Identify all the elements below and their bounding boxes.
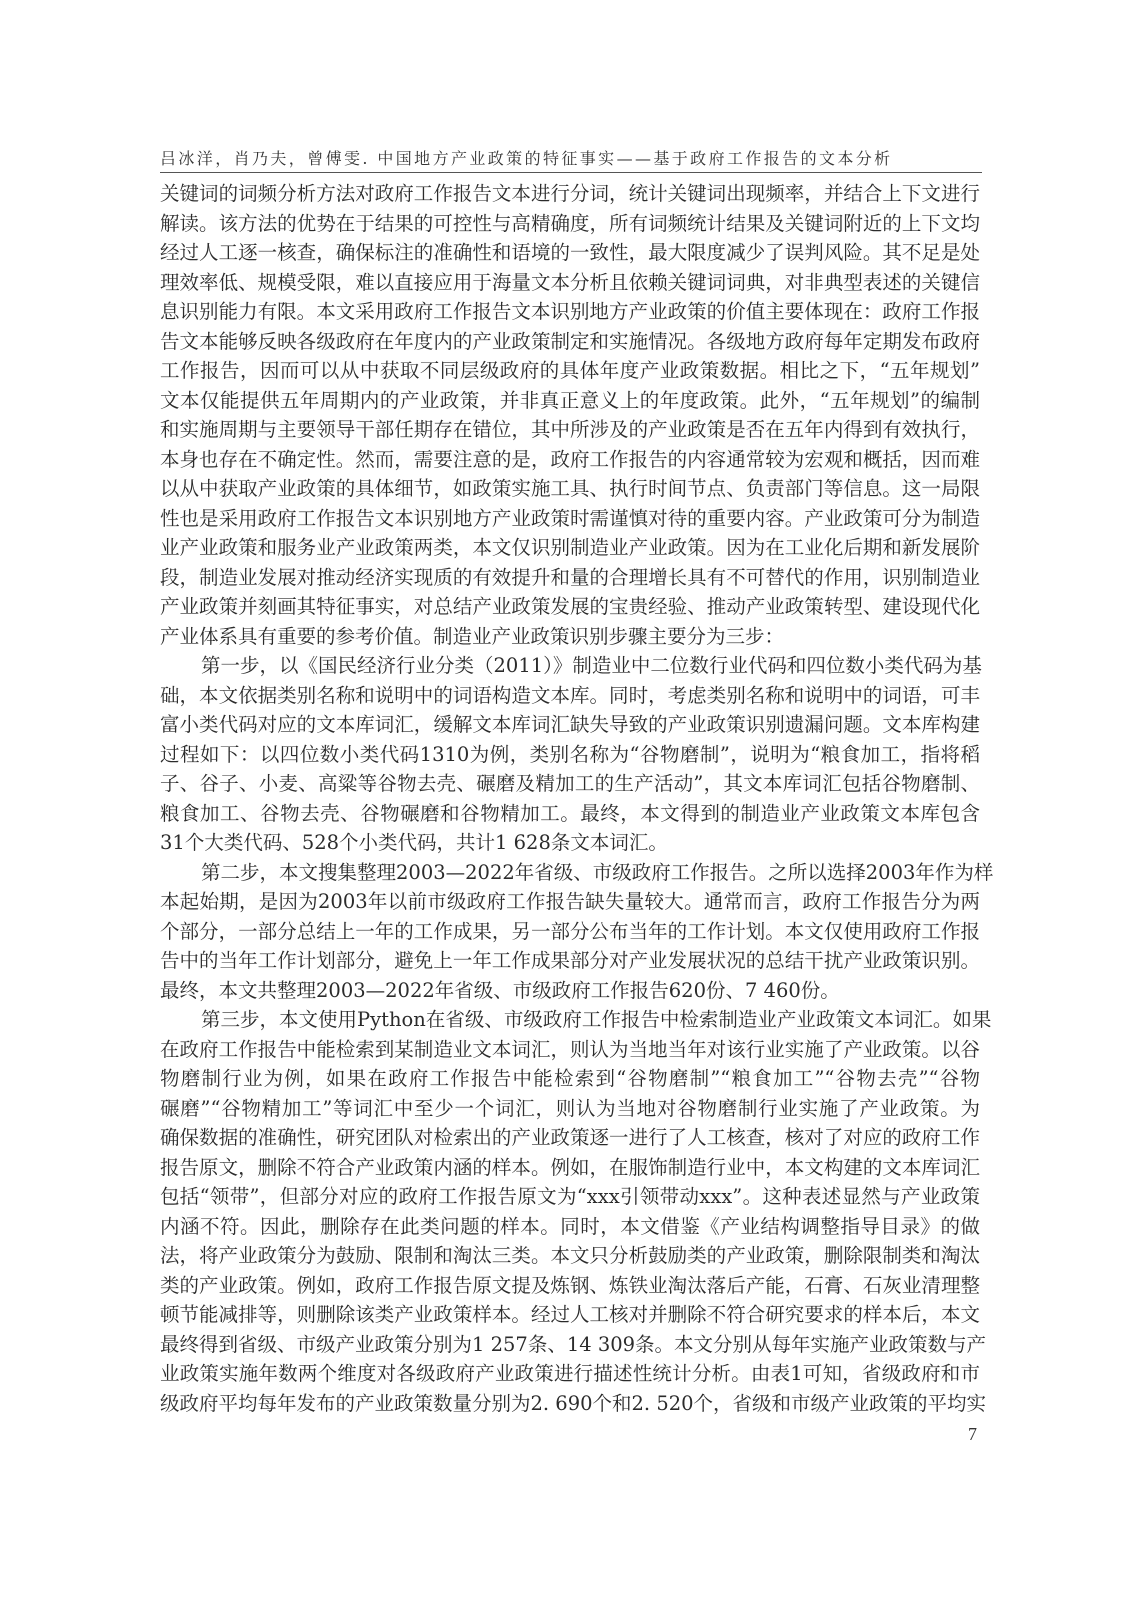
text-line: 最终，本文共整理2003—2022年省级、市级政府工作报告620份、7 460份… bbox=[160, 976, 980, 1006]
text-line: 包括“领带”，但部分对应的政府工作报告原文为“xxx引领带动xxx”。这种表述显… bbox=[160, 1182, 980, 1212]
text-line: 碾磨”“谷物精加工”等词汇中至少一个词汇，则认为当地对谷物磨制行业实施了产业政策… bbox=[160, 1094, 980, 1124]
text-line: 最终得到省级、市级产业政策分别为1 257条、14 309条。本文分别从每年实施… bbox=[160, 1330, 980, 1360]
text-line: 业产业政策和服务业产业政策两类，本文仅识别制造业产业政策。因为在工业化后期和新发… bbox=[160, 533, 980, 563]
text-line: 段，制造业发展对推动经济实现质的有效提升和量的合理增长具有不可替代的作用，识别制… bbox=[160, 563, 980, 593]
text-line: 告文本能够反映各级政府在年度内的产业政策制定和实施情况。各级地方政府每年定期发布… bbox=[160, 327, 980, 357]
text-line: 息识别能力有限。本文采用政府工作报告文本识别地方产业政策的价值主要体现在：政府工… bbox=[160, 297, 980, 327]
text-line: 产业体系具有重要的参考价值。制造业产业政策识别步骤主要分为三步： bbox=[160, 622, 980, 652]
paper-page: 吕冰洋，肖乃夫，曾傅雯. 中国地方产业政策的特征事实——基于政府工作报告的文本分… bbox=[0, 0, 1140, 1600]
text-line: 础，本文依据类别名称和说明中的词语构造文本库。同时，考虑类别名称和说明中的词语，… bbox=[160, 681, 980, 711]
text-line: 在政府工作报告中能检索到某制造业文本词汇，则认为当地当年对该行业实施了产业政策。… bbox=[160, 1035, 980, 1065]
text-line: 法，将产业政策分为鼓励、限制和淘汰三类。本文只分析鼓励类的产业政策，删除限制类和… bbox=[160, 1241, 980, 1271]
text-line: 工作报告，因而可以从中获取不同层级政府的具体年度产业政策数据。相比之下，“五年规… bbox=[160, 356, 980, 386]
header-rule bbox=[160, 172, 982, 173]
paragraph: 第三步，本文使用Python在省级、市级政府工作报告中检索制造业产业政策文本词汇… bbox=[160, 1005, 980, 1418]
running-head: 吕冰洋，肖乃夫，曾傅雯. 中国地方产业政策的特征事实——基于政府工作报告的文本分… bbox=[160, 146, 982, 169]
text-line: 富小类代码对应的文本库词汇，缓解文本库词汇缺失导致的产业政策识别遗漏问题。文本库… bbox=[160, 710, 980, 740]
text-line: 产业政策并刻画其特征事实，对总结产业政策发展的宝贵经验、推动产业政策转型、建设现… bbox=[160, 592, 980, 622]
text-line: 确保数据的准确性，研究团队对检索出的产业政策逐一进行了人工核查，核对了对应的政府… bbox=[160, 1123, 980, 1153]
text-line: 性也是采用政府工作报告文本识别地方产业政策时需谨慎对待的重要内容。产业政策可分为… bbox=[160, 504, 980, 534]
text-line: 本起始期，是因为2003年以前市级政府工作报告缺失量较大。通常而言，政府工作报告… bbox=[160, 887, 980, 917]
text-line: 和实施周期与主要领导干部任期存在错位，其中所涉及的产业政策是否在五年内得到有效执… bbox=[160, 415, 980, 445]
text-line: 本身也存在不确定性。然而，需要注意的是，政府工作报告的内容通常较为宏观和概括，因… bbox=[160, 445, 980, 475]
paragraph: 关键词的词频分析方法对政府工作报告文本进行分词，统计关键词出现频率，并结合上下文… bbox=[160, 179, 980, 651]
page-number: 7 bbox=[968, 1424, 977, 1445]
text-line: 子、谷子、小麦、高粱等谷物去壳、碾磨及精加工的生产活动”，其文本库词汇包括谷物磨… bbox=[160, 769, 980, 799]
text-line: 内涵不符。因此，删除存在此类问题的样本。同时，本文借鉴《产业结构调整指导目录》的… bbox=[160, 1212, 980, 1242]
text-line: 过程如下：以四位数小类代码1310为例，类别名称为“谷物磨制”，说明为“粮食加工… bbox=[160, 740, 980, 770]
text-line: 第二步，本文搜集整理2003—2022年省级、市级政府工作报告。之所以选择200… bbox=[160, 858, 980, 888]
text-line: 物磨制行业为例，如果在政府工作报告中能检索到“谷物磨制”“粮食加工”“谷物去壳”… bbox=[160, 1064, 980, 1094]
text-line: 解读。该方法的优势在于结果的可控性与高精确度，所有词频统计结果及关键词附近的上下… bbox=[160, 209, 980, 239]
text-line: 理效率低、规模受限，难以直接应用于海量文本分析且依赖关键词词典，对非典型表述的关… bbox=[160, 268, 980, 298]
text-line: 经过人工逐一核查，确保标注的准确性和语境的一致性，最大限度减少了误判风险。其不足… bbox=[160, 238, 980, 268]
text-line: 第三步，本文使用Python在省级、市级政府工作报告中检索制造业产业政策文本词汇… bbox=[160, 1005, 980, 1035]
paragraph: 第一步，以《国民经济行业分类（2011）》制造业中二位数行业代码和四位数小类代码… bbox=[160, 651, 980, 858]
text-line: 类的产业政策。例如，政府工作报告原文提及炼钢、炼铁业淘汰落后产能，石膏、石灰业清… bbox=[160, 1271, 980, 1301]
text-line: 文本仅能提供五年周期内的产业政策，并非真正意义上的年度政策。此外，“五年规划”的… bbox=[160, 386, 980, 416]
text-line: 个部分，一部分总结上一年的工作成果，另一部分公布当年的工作计划。本文仅使用政府工… bbox=[160, 917, 980, 947]
text-line: 关键词的词频分析方法对政府工作报告文本进行分词，统计关键词出现频率，并结合上下文… bbox=[160, 179, 980, 209]
text-line: 第一步，以《国民经济行业分类（2011）》制造业中二位数行业代码和四位数小类代码… bbox=[160, 651, 980, 681]
text-line: 粮食加工、谷物去壳、谷物碾磨和谷物精加工。最终，本文得到的制造业产业政策文本库包… bbox=[160, 799, 980, 829]
text-line: 业政策实施年数两个维度对各级政府产业政策进行描述性统计分析。由表1可知，省级政府… bbox=[160, 1359, 980, 1389]
text-line: 报告原文，删除不符合产业政策内涵的样本。例如，在服饰制造行业中，本文构建的文本库… bbox=[160, 1153, 980, 1183]
text-line: 级政府平均每年发布的产业政策数量分别为2. 690个和2. 520个，省级和市级… bbox=[160, 1389, 980, 1419]
body-text: 关键词的词频分析方法对政府工作报告文本进行分词，统计关键词出现频率，并结合上下文… bbox=[160, 179, 980, 1418]
paragraph: 第二步，本文搜集整理2003—2022年省级、市级政府工作报告。之所以选择200… bbox=[160, 858, 980, 1006]
text-line: 告中的当年工作计划部分，避免上一年工作成果部分对产业发展状况的总结干扰产业政策识… bbox=[160, 946, 980, 976]
text-line: 顿节能减排等，则删除该类产业政策样本。经过人工核对并删除不符合研究要求的样本后，… bbox=[160, 1300, 980, 1330]
text-line: 以从中获取产业政策的具体细节，如政策实施工具、执行时间节点、负责部门等信息。这一… bbox=[160, 474, 980, 504]
text-line: 31个大类代码、528个小类代码，共计1 628条文本词汇。 bbox=[160, 828, 980, 858]
